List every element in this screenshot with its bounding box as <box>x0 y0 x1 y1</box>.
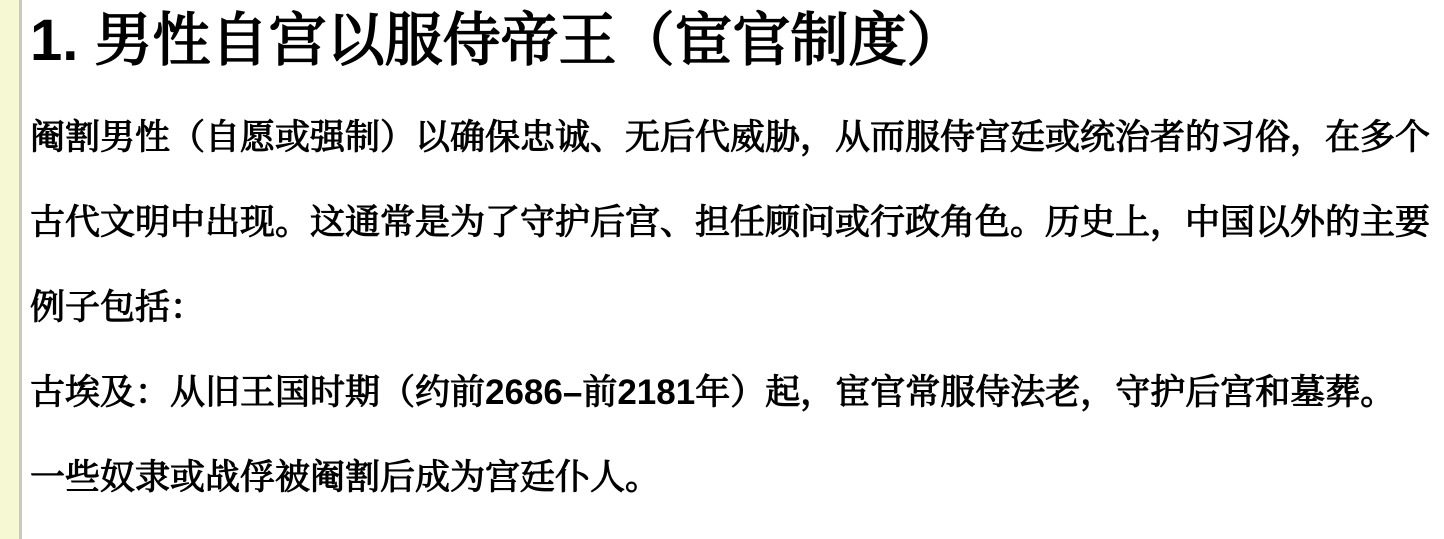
document-page: { "page": { "colors": { "background": "#… <box>0 0 1444 539</box>
document-content: 1. 男性自宫以服侍帝王（宦官制度） 阉割男性（自愿或强制）以确保忠诚、无后代威… <box>30 0 1434 520</box>
body-line: 古埃及：从旧王国时期（约前2686–前2181年）起，宦官常服侍法老，守护后宫和… <box>30 350 1434 435</box>
body-line: 一些奴隶或战俘被阉割后成为宫廷仆人。 <box>30 435 1434 520</box>
body-line: 例子包括： <box>30 265 1434 350</box>
body-text: 阉割男性（自愿或强制）以确保忠诚、无后代威胁，从而服侍宫廷或统治者的习俗，在多个… <box>30 95 1434 520</box>
body-line: 古代文明中出现。这通常是为了守护后宫、担任顾问或行政角色。历史上，中国以外的主要 <box>30 180 1434 265</box>
page-margin-strip <box>0 0 22 539</box>
body-line: 阉割男性（自愿或强制）以确保忠诚、无后代威胁，从而服侍宫廷或统治者的习俗，在多个 <box>30 95 1434 180</box>
page-title: 1. 男性自宫以服侍帝王（宦官制度） <box>30 6 1434 76</box>
